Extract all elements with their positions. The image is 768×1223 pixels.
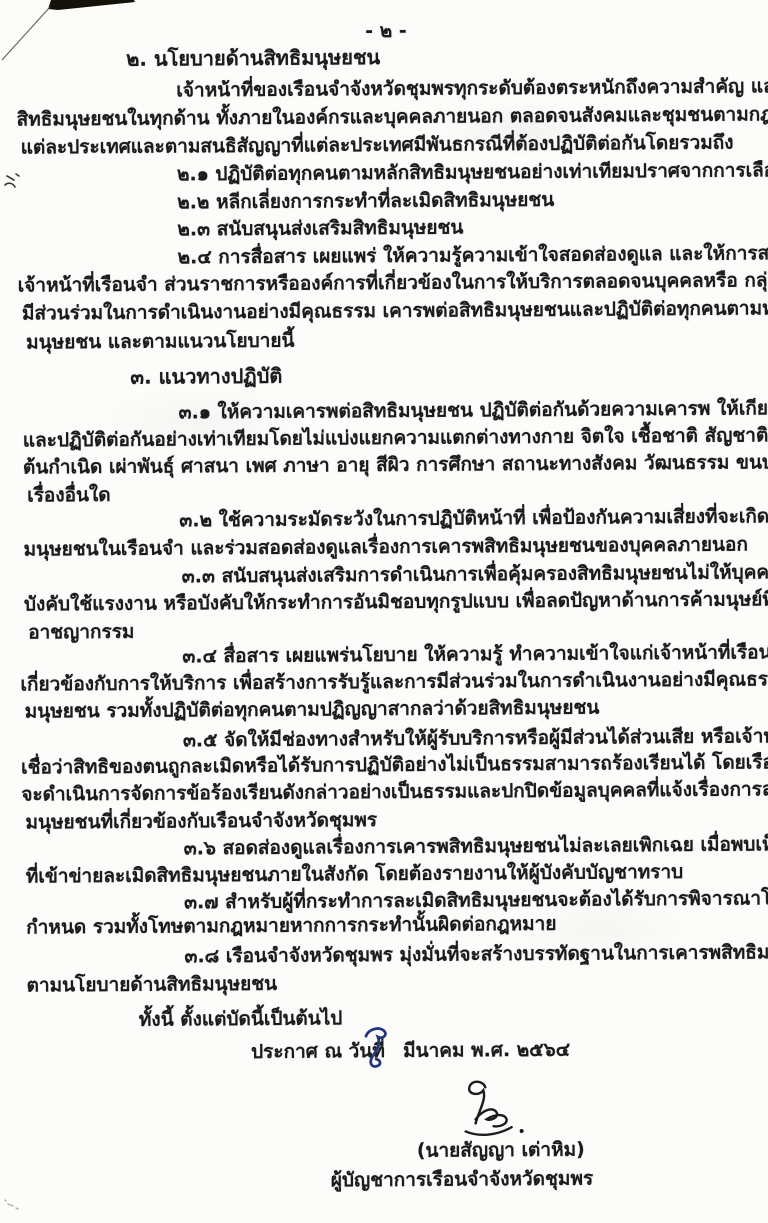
policy-item-2-4-line: มีส่วนร่วมในการดำเนินงานอย่างมีคุณธรรม เ… [22, 295, 768, 327]
guideline-3-5-line: จะดำเนินการจัดการข้อร้องเรียนดังกล่าวอย่… [21, 776, 768, 808]
guideline-3-1-line: เรื่องอื่นใด [27, 482, 111, 509]
document-body: - ๒ - ๒. นโยบายด้านสิทธิมนุษยชน เจ้าหน้า… [0, 0, 768, 1223]
guideline-3-3-line: อาชญากรรม [28, 619, 134, 646]
policy-intro-line: แต่ละประเทศและตามสนธิสัญญาที่แต่ละประเทศ… [21, 130, 734, 161]
guideline-3-8-line: ตามนโยบายด้านสิทธิมนุษยชน [27, 971, 278, 999]
signer-title: ผู้บัญชาการเรือนจำจังหวัดชุมพร [331, 1166, 594, 1194]
guideline-3-5-line: เชื่อว่าสิทธิของตนถูกละเมิดหรือได้รับการ… [21, 749, 768, 780]
guideline-3-5-line: ๓.๕ จัดให้มีช่องทางสำหรับให้ผู้รับบริการ… [183, 722, 768, 753]
policy-item-2-4-line: เจ้าหน้าที่เรือนจำ ส่วนราชการหรือองค์การ… [18, 266, 768, 298]
guideline-3-3-line: ๓.๓ สนับสนุนส่งเสริมการดำเนินการเพื่อคุ้… [182, 558, 768, 589]
guideline-3-4-line: เกี่ยวข้องกับการให้บริการ เพื่อสร้างการร… [20, 665, 768, 697]
section-2-heading: ๒. นโยบายด้านสิทธิมนุษยชน [126, 44, 380, 72]
guideline-3-1-line: และปฏิบัติต่อกันอย่างเท่าเทียมโดยไม่แบ่ง… [23, 422, 768, 454]
guideline-3-5-line: มนุษยชนที่เกี่ยวข้องกับเรือนจำจังหวัดชุม… [25, 807, 377, 835]
guideline-3-2-line: ๓.๒ ใช้ความระมัดระวังในการปฏิบัติหน้าที่… [179, 502, 768, 533]
guideline-3-6-line: ที่เข้าข่ายละเมิดสิทธิมนุษยชนภายในสังกัด… [26, 859, 683, 890]
policy-intro-line: สิทธิมนุษยชนในทุกด้าน ทั้งภายในองค์กรและ… [16, 101, 768, 133]
guideline-3-8-line: ๓.๘ เรือนจำจังหวัดชุมพร มุ่งมั่นที่จะสร้… [184, 938, 768, 969]
guideline-3-2-line: มนุษยชนในเรือนจำ และร่วมสอดส่องดูแลเรื่อ… [23, 531, 748, 562]
guideline-3-7-line: กำหนด รวมทั้งโทษตามกฎหมายหากการกระทำนั้น… [26, 911, 556, 941]
guideline-3-3-line: บังคับใช้แรงงาน หรือบังคับให้กระทำการอัน… [24, 586, 768, 618]
policy-item-2-3: ๒.๓ สนับสนุนส่งเสริมสิทธิมนุษยชน [177, 214, 463, 242]
handwritten-day-ink [357, 1024, 401, 1076]
policy-item-2-2: ๒.๒ หลีกเลี่ยงการกระทำที่ละเมิดสิทธิมนุษ… [177, 187, 554, 216]
page-number: - ๒ - [365, 18, 407, 44]
section-3-heading: ๓. แนวทางปฏิบัติ [130, 363, 282, 390]
guideline-3-4-line: มนุษยชน รวมทั้งปฏิบัติต่อทุกคนตามปฏิญญาส… [25, 694, 600, 724]
announce-suffix: มีนาคม พ.ศ. ๒๕๖๔ [403, 1037, 570, 1064]
policy-item-2-1: ๒.๑ ปฏิบัติต่อทุกคนตามหลักสิทธิมนุษยชนอย… [177, 157, 768, 188]
policy-intro-line: เจ้าหน้าที่ของเรือนจำจังหวัดชุมพรทุกระดั… [176, 73, 768, 104]
policy-item-2-4-line: ๒.๔ การสื่อสาร เผยแพร่ ให้ความรู้ความเข้… [177, 239, 768, 270]
guideline-3-6-line: ๓.๖ สอดส่องดูแลเรื่องการเคารพสิทธิมนุษยช… [184, 830, 768, 861]
signer-name: (นายสัญญา เต่าหิม) [417, 1137, 585, 1164]
guideline-3-1-line: ๓.๑ ให้ความเคารพต่อสิทธิมนุษยชน ปฏิบัติต… [179, 394, 768, 425]
signature-ink [449, 1077, 545, 1146]
effective-date-line: ทั้งนี้ ตั้งแต่บัดนี้เป็นต้นไป [139, 1005, 343, 1032]
scanned-document-page: - ๒ - ๒. นโยบายด้านสิทธิมนุษยชน เจ้าหน้า… [0, 0, 768, 1223]
guideline-3-1-line: ต้นกำเนิด เผ่าพันธุ์ ศาสนา เพศ ภาษา อายุ… [23, 448, 768, 480]
policy-item-2-4-line: มนุษยชน และตามแนวนโยบายนี้ [26, 328, 295, 356]
guideline-3-4-line: ๓.๔ สื่อสาร เผยแพร่นโยบาย ให้ความรู้ ทำค… [182, 638, 768, 669]
